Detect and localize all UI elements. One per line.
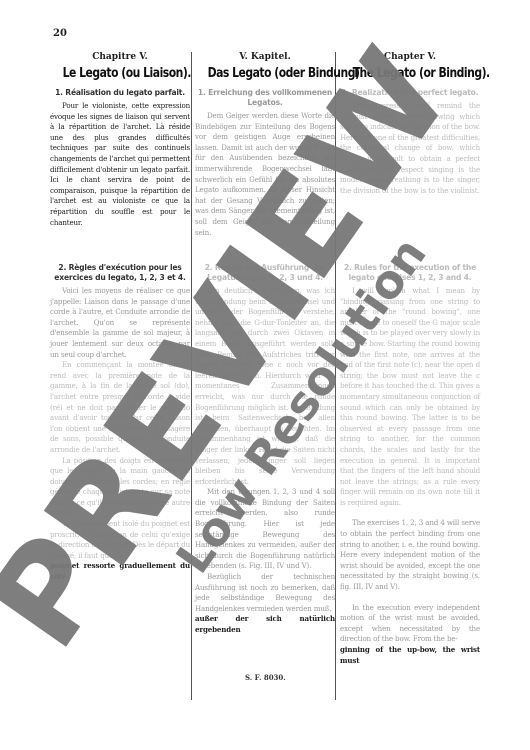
french-section-2: 2. Règles d'exécution pour les exercices… xyxy=(50,263,190,583)
chapter-heading: Chapitre V. xyxy=(50,52,190,63)
chapter-title: The Legato (or Binding). xyxy=(353,66,468,82)
last-line: ginning of the up-bow, the wrist must xyxy=(340,645,480,666)
section-2-text-b: Mit den Übungen 1, 2, 3 und 4 soll die v… xyxy=(195,487,335,572)
section-2-text: Um deutlich zu erklären, was ich unter B… xyxy=(195,286,335,487)
last-line: außer der sich natürlich ergebenden xyxy=(195,614,335,635)
german-section-2: 2. Regeln zur Ausführung der Legatübunge… xyxy=(195,263,335,636)
section-2-text: I will explain what I mean by "binding" … xyxy=(340,286,480,508)
page-number: 20 xyxy=(53,28,67,39)
french-column: Chapitre V. Le Legato (ou Liaison). 1. R… xyxy=(50,52,190,228)
chapter-title: Das Legato (oder Bindung). xyxy=(208,66,323,82)
chapter-heading: V. Kapitel. xyxy=(195,52,335,63)
page-footer: S. F. 8030. xyxy=(245,673,286,682)
section-1-text: Dem Geiger werden diese Worte die Bindeb… xyxy=(195,111,335,238)
section-2-title: 2. Règles d'exécution pour les exercices… xyxy=(50,263,190,283)
section-2-title: 2. Rules for the execution of the legato… xyxy=(340,263,480,283)
section-1-title: 1. Réalisation du legato parfait. xyxy=(50,88,190,98)
column-divider-left xyxy=(191,52,192,700)
section-1-text: Pour le violoniste, cette expression évo… xyxy=(50,101,190,228)
section-2-text-c: La position des doigts est tellement que… xyxy=(50,456,190,520)
section-2-title: 2. Regeln zur Ausführung der Legatübunge… xyxy=(195,263,335,283)
section-2-text-d: Tout mouvement isolé du poignet est pros… xyxy=(50,519,190,561)
column-divider-right xyxy=(335,52,336,700)
section-2-text-b: En commençant la montée on se rend avec … xyxy=(50,360,190,455)
english-section-2: 2. Rules for the execution of the legato… xyxy=(340,263,480,666)
section-2-text-c: Bezüglich der technischen Ausführung ist… xyxy=(195,572,335,614)
section-1-title: 1. Erreichung des vollkommenen Legatos. xyxy=(195,88,335,108)
chapter-title: Le Legato (ou Liaison). xyxy=(63,66,178,82)
section-1-title: 1. Realization of a perfect legato. xyxy=(340,88,480,98)
german-column: V. Kapitel. Das Legato (oder Bindung). 1… xyxy=(195,52,335,238)
section-2-text-b: The exercises 1, 2, 3 and 4 will serve t… xyxy=(340,518,480,592)
last-line: poignet ressorte graduellement du côté xyxy=(50,561,190,582)
section-2-text-c: In the execution every independent motio… xyxy=(340,603,480,645)
chapter-heading: Chapter V. xyxy=(340,52,480,63)
section-1-text: This expression will remind the violinis… xyxy=(340,101,480,196)
section-2-text: Voici les moyens de réaliser ce que j'ap… xyxy=(50,286,190,360)
english-column: Chapter V. The Legato (or Binding). 1. R… xyxy=(340,52,480,196)
